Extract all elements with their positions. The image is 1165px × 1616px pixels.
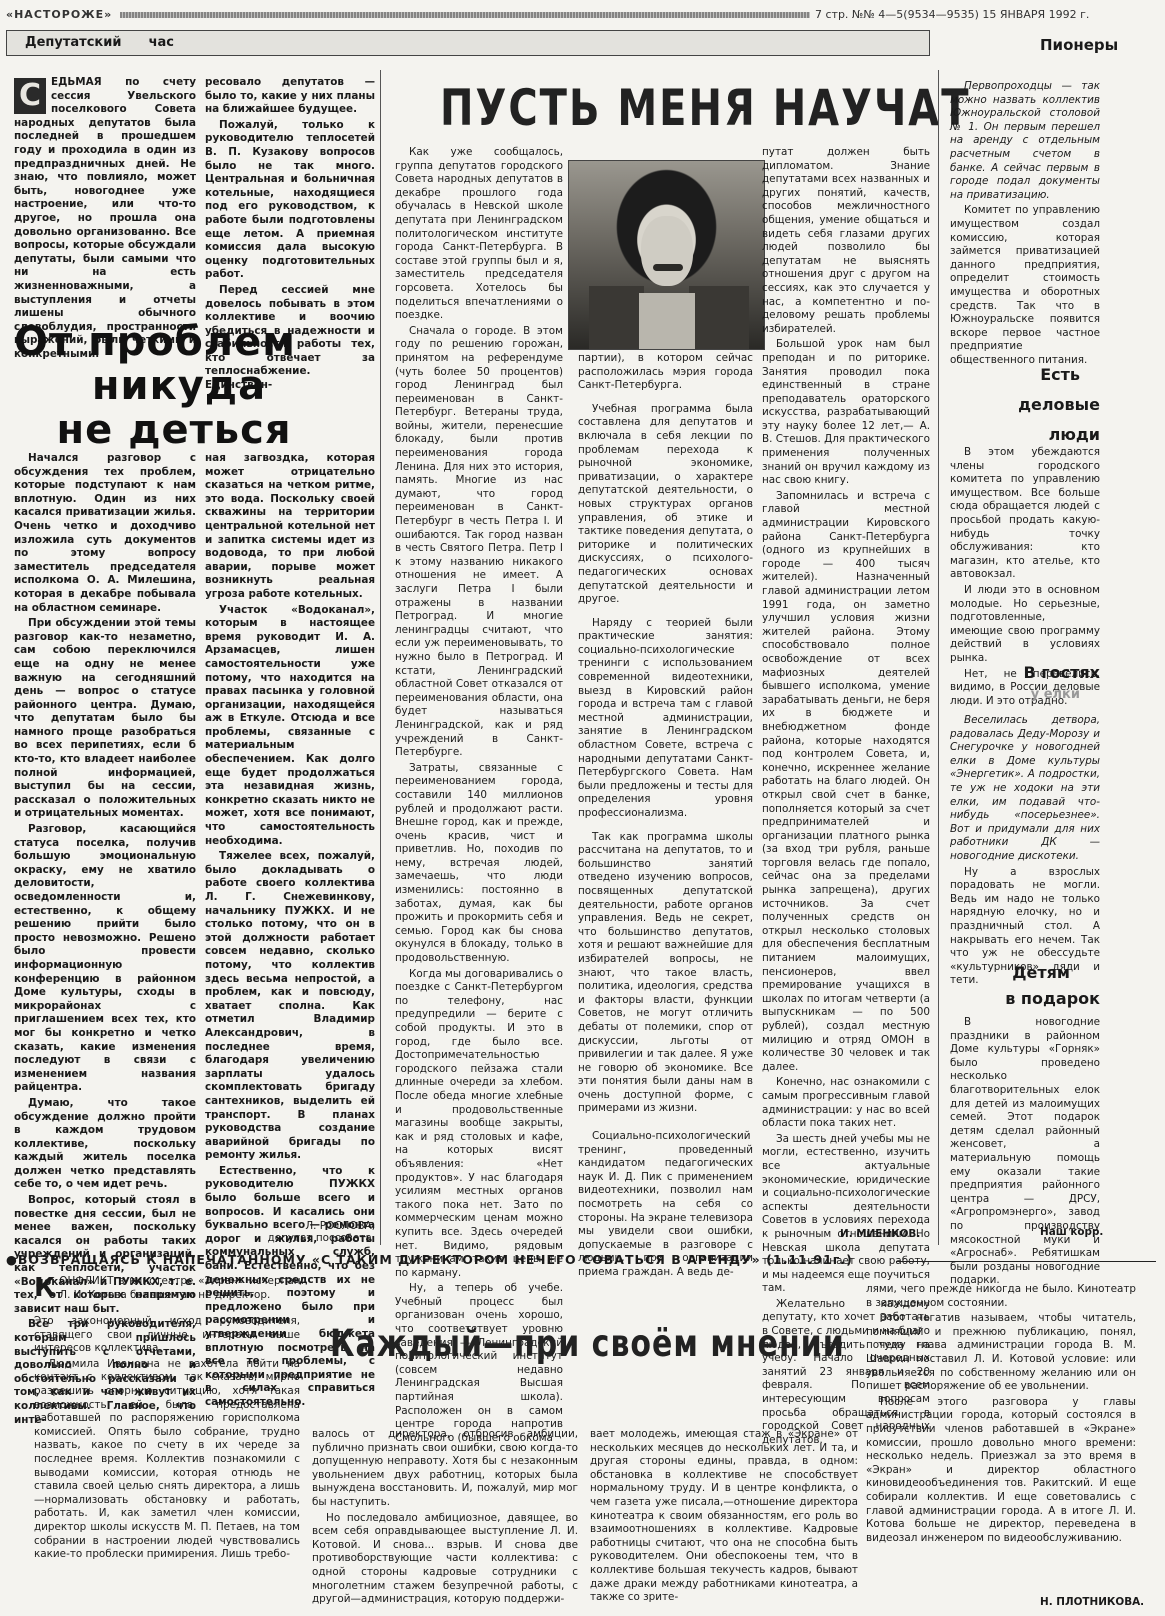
article2-headline: ПУСТЬ МЕНЯ НАУЧАТ [440,80,971,138]
paragraph: Пожалуй, только к руководителю теплосете… [205,119,375,282]
heading-line: в подарок [950,986,1100,1012]
paragraph: Наряду с теорией были практические занят… [578,617,753,821]
paragraph: Этот негатив называем, чтобы читатель, п… [866,1312,1136,1394]
dropcap: К [34,1275,55,1301]
paragraph: путат должен быть дипломатом. Знание деп… [762,146,930,336]
paragraph: ресовало депутатов — было то, какие у ни… [205,76,375,117]
paragraph: Большой урок нам был преподан и по ритор… [762,338,930,488]
photo-jacket [689,286,749,349]
banner-rule [896,1261,1156,1262]
sidebar-item4: В новогодние праздники в районном Доме к… [950,1016,1100,1288]
sidebar-heading-gift-children: Детям в подарок [950,960,1100,1012]
paragraph: ная загвоздка, которая может отрицательн… [205,452,375,602]
author-role: депутат поссовета. [205,1232,375,1244]
paragraph: лями, чего прежде никогда не было. Кинот… [866,1283,1136,1310]
sidebar-heading-business-people: Есть деловые люди [950,360,1100,450]
paragraph: Запомнилась и встреча с главой местной а… [762,490,930,1075]
headline-line: От проблем [14,320,304,364]
paragraph: Тяжелее всех, пожалуй, было докладывать … [205,850,375,1163]
paragraph: партии), в котором сейчас расположилась … [578,352,753,393]
newspaper-name: «НАСТОРОЖЕ» [6,8,112,21]
paragraph: Веселилась детвора, радовалась Деду-Моро… [950,714,1100,864]
paragraph: вает молодежь, имеющая стаж в «Экране» о… [590,1428,858,1605]
paragraph: Начался разговор с обсуждения тех пробле… [14,452,196,615]
paragraph: Думаю, что такое обсуждение должно пройт… [14,1097,196,1192]
paragraph: Но последовало амбициозное, давящее, во … [312,1512,578,1607]
rubric-pioneers: Пионеры [1040,36,1118,54]
paragraph: Разговор, касающийся статуса поселка, по… [14,823,196,1095]
photo-jacket [589,286,644,349]
heading-line: В гостях [950,662,1100,684]
paragraph: Участок «Водоканал», которым в настоящее… [205,604,375,849]
rubric-title: Депутатский час [25,35,174,50]
paragraph: В этом убеждаются члены городского комит… [950,446,1100,582]
sidebar-item1: Первопроходцы — так можно назвать коллек… [950,80,1100,367]
heading-line: деловые [950,390,1100,420]
heading-line: Детям [950,960,1100,986]
bottom-signature: Н. ПЛОТНИКОВА. [1040,1596,1144,1608]
paragraph: Как уже сообщалось, группа депутатов гор… [395,146,563,323]
lead-text: ОНФЛИКТ в кинотеатре «Экран» исчерпан: Л… [59,1275,304,1301]
bottom-lead: К ОНФЛИКТ в кинотеатре «Экран» исчерпан:… [34,1275,304,1302]
article1-signature: Л. РОСЛОВА, депутат поссовета. [205,1220,375,1244]
bottom-col2: валось от директора, отбросив амбиции, п… [312,1428,578,1607]
issue-info: 7 стр. №№ 4—5(9534—9535) 15 ЯНВАРЯ 1992 … [815,8,1089,21]
article2-signature: И. МИЕНКОВ. [840,1228,920,1240]
article2-col2: партии), в котором сейчас расположилась … [578,352,753,1280]
paragraph: При обсуждении этой темы разговор как-то… [14,617,196,821]
paragraph: За шесть дней учебы мы не могли, естеств… [762,1133,930,1296]
article1-intro-text: ЕДЬМАЯ по счету сессия Увельского поселк… [14,76,196,360]
paragraph: Затраты, связанные с переименованием гор… [395,762,563,966]
paragraph: И люди это в основном молодые. Но серьез… [950,584,1100,666]
paragraph: После этого разговора у главы администра… [866,1396,1136,1546]
bottom-col4: лями, чего прежде никогда не было. Кинот… [866,1283,1136,1545]
bottom-col1: Это закономерный исход руководителя, ста… [34,1315,300,1562]
heading-line: Есть [950,360,1100,390]
photo-face [641,216,693,286]
headline-line: никуда [14,364,304,408]
banner-text: ●ВОЗВРАЩАЯСЬ К НАПЕЧАТАННОМУ «С ТАКИМ ДИ… [6,1252,853,1267]
paragraph: Учебная программа была составлена для де… [578,403,753,607]
section-banner: ●ВОЗВРАЩАЯСЬ К НАПЕЧАТАННОМУ «С ТАКИМ ДИ… [6,1252,1156,1270]
bottom-headline: Каждый—при своём мнении [330,1322,845,1366]
portrait-photo [568,160,765,350]
bottom-col3: вает молодежь, имеющая стаж в «Экране» о… [590,1428,858,1605]
paragraph: Это закономерный исход руководителя, ста… [34,1315,300,1356]
sidebar-item3: Веселилась детвора, радовалась Деду-Моро… [950,714,1100,988]
sidebar-signature: Наш корр. [1040,1226,1103,1238]
author-name: Л. РОСЛОВА, [205,1220,375,1232]
paragraph: Конечно, нас ознакомили с самым прогресс… [762,1076,930,1130]
dropcap: С [14,78,46,114]
article1-headline: От проблем никуда не деться [14,320,304,452]
paragraph: В новогодние праздники в районном Доме к… [950,1016,1100,1288]
paragraph: Когда мы договаривались о поездке с Санк… [395,968,563,1281]
paragraph: валось от директора, отбросив амбиции, п… [312,1428,578,1510]
headline-line: не деться [14,408,304,452]
heading-line: у елки [950,684,1100,706]
paragraph: Комитет по управлению имуществом создал … [950,204,1100,367]
masthead-rule [120,12,810,18]
article2-col1: Как уже сообщалось, группа депутатов гор… [395,146,563,1445]
column-divider [938,70,939,1245]
sidebar-heading-tree-visit: В гостях у елки [950,662,1100,706]
paragraph: Так как программа школы рассчитана на де… [578,831,753,1116]
paragraph: Людмила Ивановна не захотела пойти на ко… [34,1358,300,1562]
paragraph: Первопроходцы — так можно назвать коллек… [950,80,1100,202]
photo-shirt [639,293,695,349]
rubric-bar: Депутатский час [6,30,930,56]
masthead: «НАСТОРОЖЕ» 7 стр. №№ 4—5(9534—9535) 15 … [0,6,1165,24]
column-divider [380,70,381,1245]
paragraph: Сначала о городе. В этом году по решению… [395,325,563,760]
photo-moustache [653,264,683,271]
